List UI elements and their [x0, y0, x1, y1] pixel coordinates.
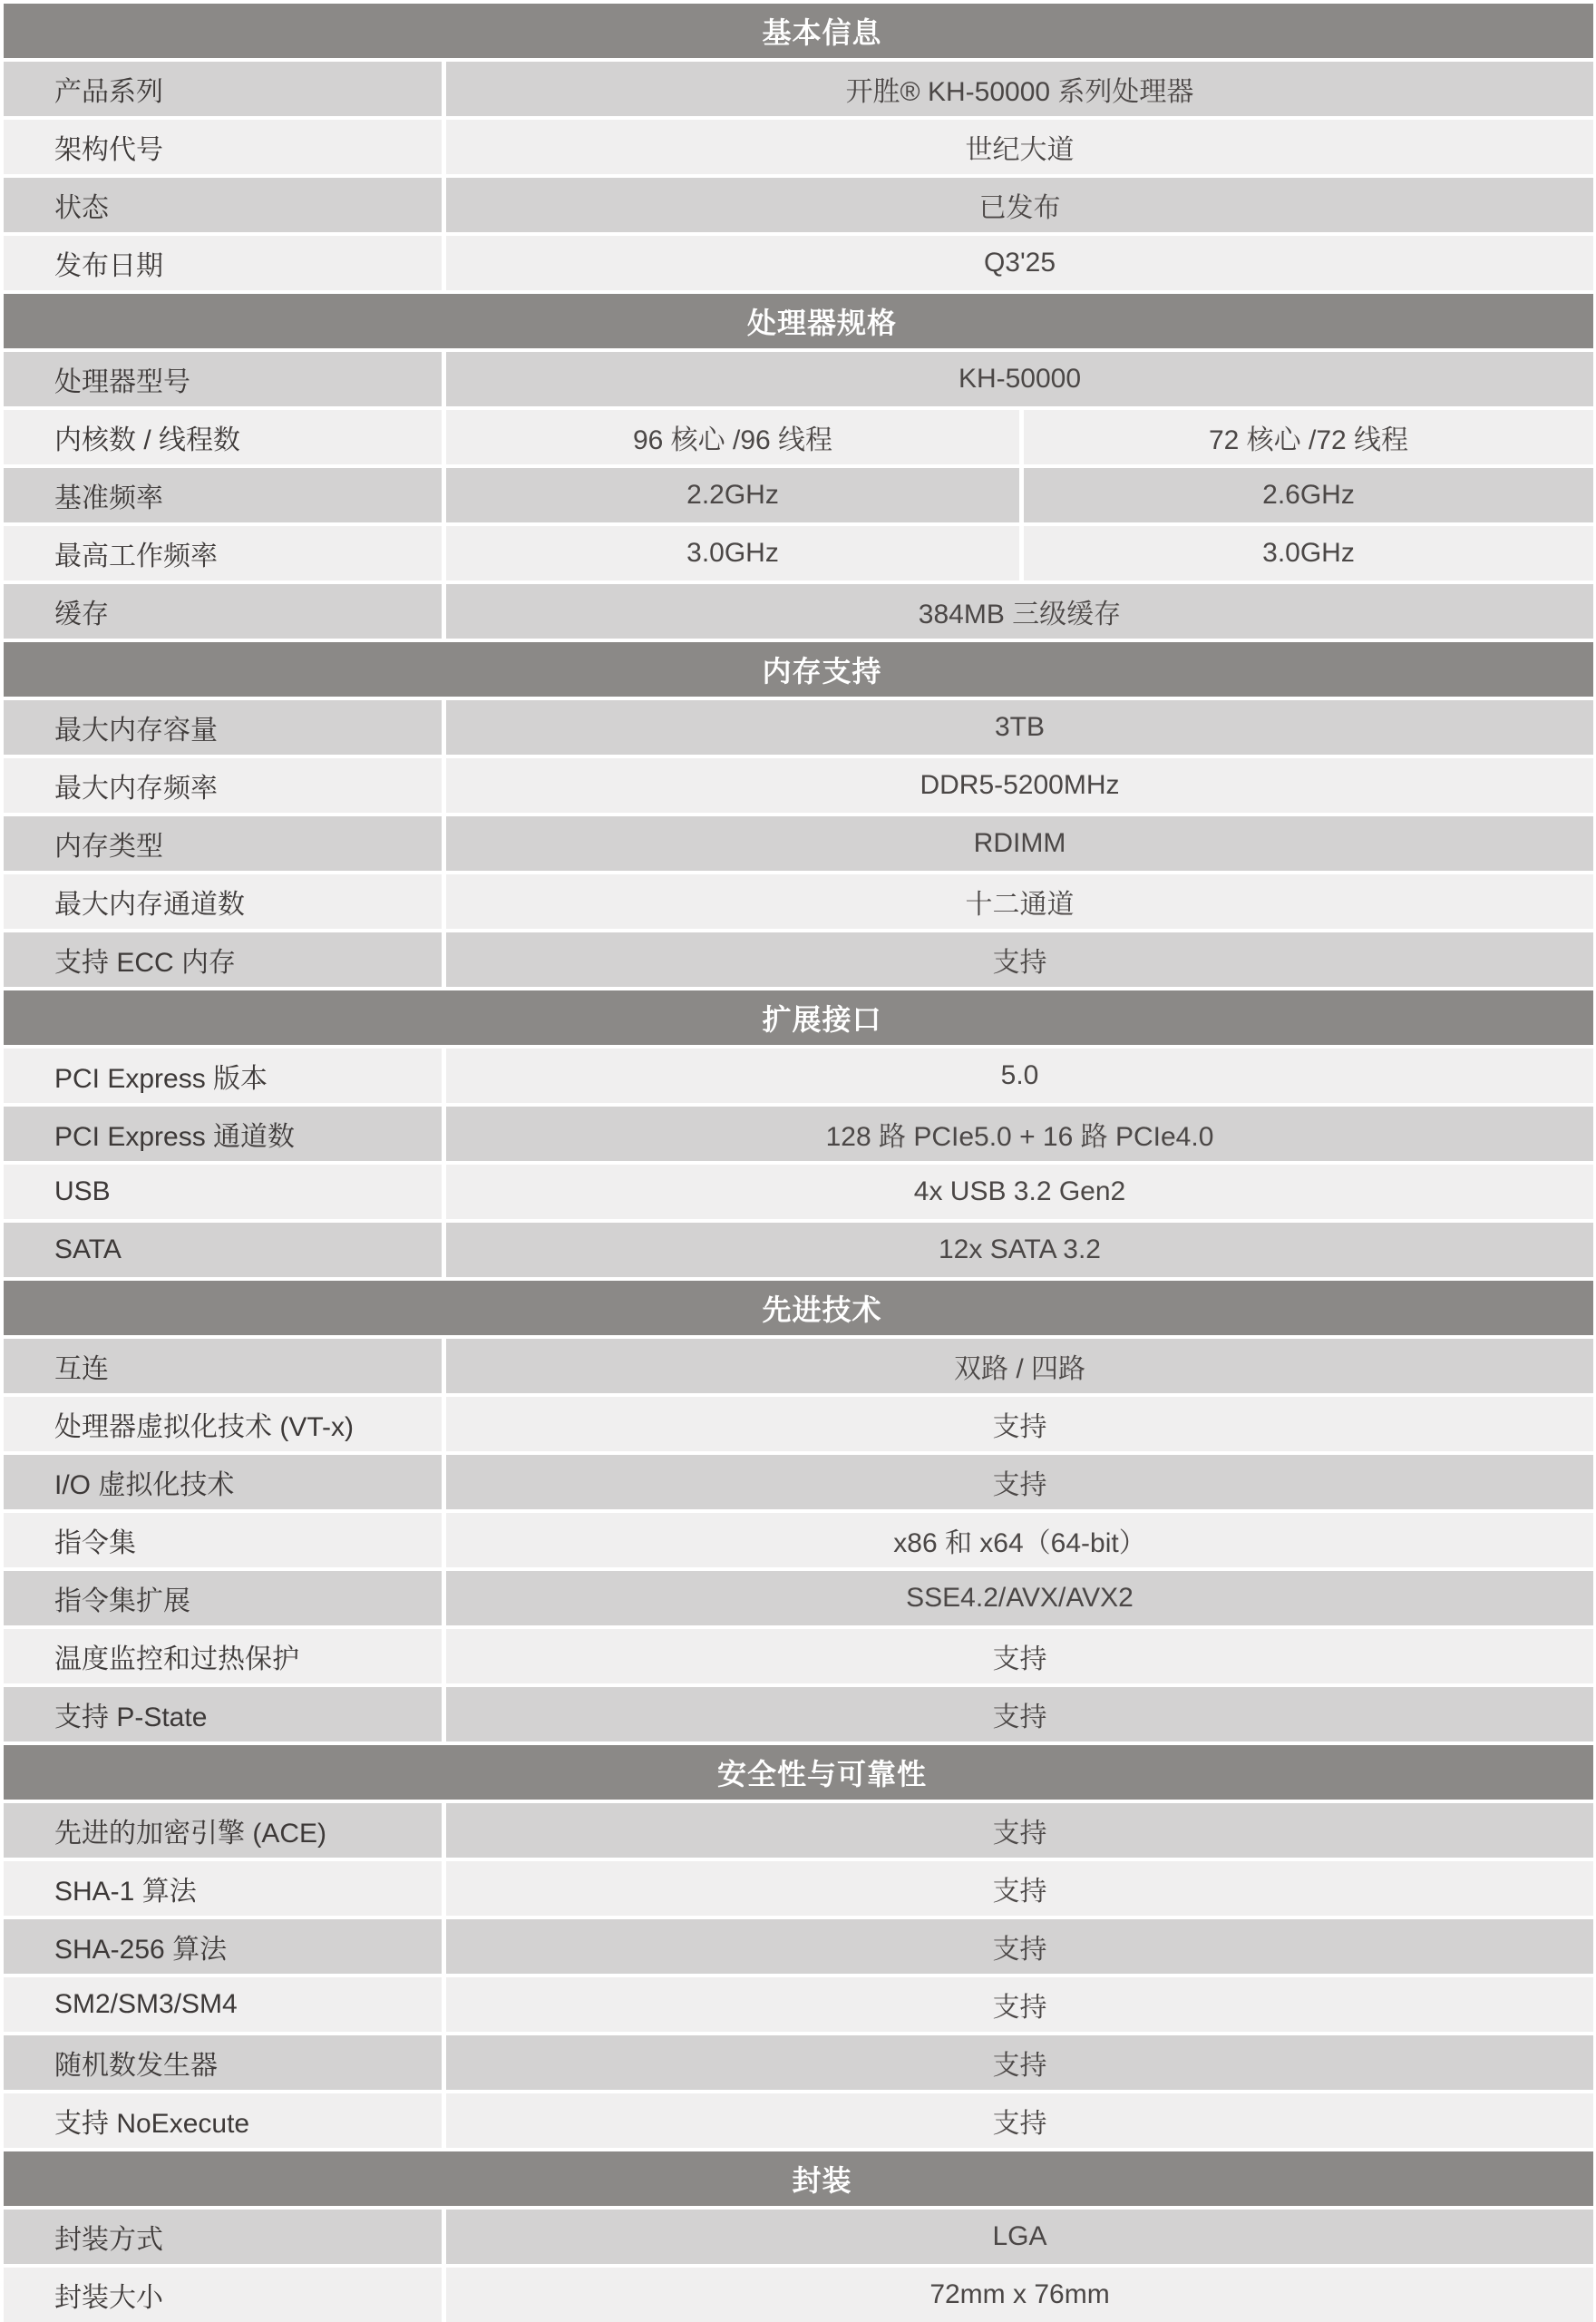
spec-row: 最大内存频率DDR5-5200MHz [4, 758, 1593, 813]
spec-label-cell: 互连 [4, 1339, 442, 1393]
spec-value-area: 支持 [446, 2035, 1593, 2090]
spec-row: 最大内存容量3TB [4, 700, 1593, 755]
spec-row: 封装方式LGA [4, 2210, 1593, 2264]
spec-value-area: SSE4.2/AVX/AVX2 [446, 1571, 1593, 1625]
section-header: 先进技术 [4, 1281, 1593, 1335]
section-header: 内存支持 [4, 642, 1593, 697]
spec-value-area: 支持 [446, 1919, 1593, 1974]
spec-value-area: 支持 [446, 1687, 1593, 1741]
processor-spec-table: 基本信息产品系列开胜® KH-50000 系列处理器架构代号世纪大道状态已发布发… [0, 0, 1596, 2322]
spec-row: 产品系列开胜® KH-50000 系列处理器 [4, 62, 1593, 116]
spec-label-cell: 支持 P-State [4, 1687, 442, 1741]
spec-label-cell: 处理器虚拟化技术 (VT-x) [4, 1397, 442, 1451]
spec-row: PCI Express 版本5.0 [4, 1049, 1593, 1103]
spec-value-area: 5.0 [446, 1049, 1593, 1103]
spec-label-cell: 先进的加密引擎 (ACE) [4, 1803, 442, 1858]
spec-value-cell: 2.2GHz [446, 468, 1019, 522]
section-header: 封装 [4, 2151, 1593, 2206]
spec-label-cell: 封装方式 [4, 2210, 442, 2264]
spec-row: 先进的加密引擎 (ACE)支持 [4, 1803, 1593, 1858]
spec-row: 支持 ECC 内存支持 [4, 932, 1593, 987]
spec-value-cell: 4x USB 3.2 Gen2 [446, 1165, 1593, 1219]
section-header: 安全性与可靠性 [4, 1745, 1593, 1800]
section-header: 基本信息 [4, 4, 1593, 58]
spec-value-cell: 72mm x 76mm [446, 2268, 1593, 2322]
spec-row: 温度监控和过热保护支持 [4, 1629, 1593, 1683]
spec-value-cell: SSE4.2/AVX/AVX2 [446, 1571, 1593, 1625]
spec-value-area: 世纪大道 [446, 120, 1593, 174]
spec-row: 封装大小72mm x 76mm [4, 2268, 1593, 2322]
spec-value-cell: 384MB 三级缓存 [446, 584, 1593, 639]
spec-label-cell: PCI Express 版本 [4, 1049, 442, 1103]
spec-row: 处理器型号KH-50000 [4, 352, 1593, 406]
section-header: 处理器规格 [4, 294, 1593, 348]
spec-row: 互连双路 / 四路 [4, 1339, 1593, 1393]
spec-label-cell: 产品系列 [4, 62, 442, 116]
spec-value-cell: 支持 [446, 1977, 1593, 2032]
spec-value-area: 支持 [446, 1629, 1593, 1683]
spec-row: 内存类型RDIMM [4, 816, 1593, 871]
spec-row: 指令集扩展SSE4.2/AVX/AVX2 [4, 1571, 1593, 1625]
spec-value-area: 384MB 三级缓存 [446, 584, 1593, 639]
spec-row: 缓存384MB 三级缓存 [4, 584, 1593, 639]
spec-label-cell: 内存类型 [4, 816, 442, 871]
spec-value-cell: KH-50000 [446, 352, 1593, 406]
spec-label-cell: PCI Express 通道数 [4, 1107, 442, 1161]
spec-value-area: 支持 [446, 932, 1593, 987]
spec-value-cell: 支持 [446, 1861, 1593, 1916]
spec-value-cell: Q3'25 [446, 236, 1593, 290]
spec-label-cell: 发布日期 [4, 236, 442, 290]
spec-label-cell: 最大内存容量 [4, 700, 442, 755]
spec-row: 架构代号世纪大道 [4, 120, 1593, 174]
spec-label-cell: 基准频率 [4, 468, 442, 522]
spec-value-cell: 12x SATA 3.2 [446, 1223, 1593, 1277]
spec-value-area: 支持 [446, 1803, 1593, 1858]
spec-value-cell: 十二通道 [446, 874, 1593, 929]
spec-row: 最大内存通道数十二通道 [4, 874, 1593, 929]
spec-label-cell: SHA-256 算法 [4, 1919, 442, 1974]
spec-row: 指令集x86 和 x64（64-bit） [4, 1513, 1593, 1567]
spec-value-area: 3TB [446, 700, 1593, 755]
spec-value-area: 支持 [446, 1455, 1593, 1509]
spec-label-cell: 支持 NoExecute [4, 2093, 442, 2148]
spec-label-cell: I/O 虚拟化技术 [4, 1455, 442, 1509]
spec-value-cell: 世纪大道 [446, 120, 1593, 174]
spec-value-area: 开胜® KH-50000 系列处理器 [446, 62, 1593, 116]
spec-label-cell: 架构代号 [4, 120, 442, 174]
spec-value-cell: 3.0GHz [1024, 526, 1593, 580]
spec-label-cell: 支持 ECC 内存 [4, 932, 442, 987]
spec-value-area: 支持 [446, 1861, 1593, 1916]
spec-row: SHA-256 算法支持 [4, 1919, 1593, 1974]
spec-value-area: KH-50000 [446, 352, 1593, 406]
spec-value-area: 96 核心 /96 线程72 核心 /72 线程 [446, 410, 1593, 464]
spec-value-cell: LGA [446, 2210, 1593, 2264]
spec-value-cell: 双路 / 四路 [446, 1339, 1593, 1393]
spec-label-cell: SATA [4, 1223, 442, 1277]
spec-value-cell: 3.0GHz [446, 526, 1019, 580]
spec-label-cell: 指令集 [4, 1513, 442, 1567]
section-header: 扩展接口 [4, 990, 1593, 1045]
spec-value-cell: 已发布 [446, 178, 1593, 232]
spec-label-cell: 处理器型号 [4, 352, 442, 406]
spec-value-cell: 支持 [446, 2035, 1593, 2090]
spec-row: SM2/SM3/SM4支持 [4, 1977, 1593, 2032]
spec-label-cell: 缓存 [4, 584, 442, 639]
spec-value-cell: 支持 [446, 2093, 1593, 2148]
spec-value-area: DDR5-5200MHz [446, 758, 1593, 813]
spec-value-cell: x86 和 x64（64-bit） [446, 1513, 1593, 1567]
spec-row: 状态已发布 [4, 178, 1593, 232]
spec-label-cell: 封装大小 [4, 2268, 442, 2322]
spec-row: 最高工作频率3.0GHz3.0GHz [4, 526, 1593, 580]
spec-value-cell: 支持 [446, 1803, 1593, 1858]
spec-row: 内核数 / 线程数96 核心 /96 线程72 核心 /72 线程 [4, 410, 1593, 464]
spec-value-area: 已发布 [446, 178, 1593, 232]
spec-row: 基准频率2.2GHz2.6GHz [4, 468, 1593, 522]
spec-label-cell: 随机数发生器 [4, 2035, 442, 2090]
spec-row: 支持 NoExecute支持 [4, 2093, 1593, 2148]
spec-label-cell: 内核数 / 线程数 [4, 410, 442, 464]
spec-value-area: 12x SATA 3.2 [446, 1223, 1593, 1277]
spec-value-area: 3.0GHz3.0GHz [446, 526, 1593, 580]
spec-row: I/O 虚拟化技术支持 [4, 1455, 1593, 1509]
spec-value-area: 双路 / 四路 [446, 1339, 1593, 1393]
spec-value-cell: 支持 [446, 1687, 1593, 1741]
spec-value-cell: DDR5-5200MHz [446, 758, 1593, 813]
spec-label-cell: 最大内存通道数 [4, 874, 442, 929]
spec-value-area: 4x USB 3.2 Gen2 [446, 1165, 1593, 1219]
spec-value-cell: 2.6GHz [1024, 468, 1593, 522]
spec-row: 处理器虚拟化技术 (VT-x)支持 [4, 1397, 1593, 1451]
spec-value-cell: 3TB [446, 700, 1593, 755]
spec-label-cell: 温度监控和过热保护 [4, 1629, 442, 1683]
spec-value-area: Q3'25 [446, 236, 1593, 290]
spec-value-area: 2.2GHz2.6GHz [446, 468, 1593, 522]
spec-row: 随机数发生器支持 [4, 2035, 1593, 2090]
spec-value-cell: 支持 [446, 1919, 1593, 1974]
spec-row: USB4x USB 3.2 Gen2 [4, 1165, 1593, 1219]
spec-value-cell: 5.0 [446, 1049, 1593, 1103]
spec-label-cell: 指令集扩展 [4, 1571, 442, 1625]
spec-label-cell: 状态 [4, 178, 442, 232]
spec-row: 支持 P-State支持 [4, 1687, 1593, 1741]
spec-value-cell: 支持 [446, 1629, 1593, 1683]
spec-row: PCI Express 通道数128 路 PCIe5.0 + 16 路 PCIe… [4, 1107, 1593, 1161]
spec-row: SATA12x SATA 3.2 [4, 1223, 1593, 1277]
spec-value-cell: 支持 [446, 1397, 1593, 1451]
spec-row: 发布日期Q3'25 [4, 236, 1593, 290]
spec-value-cell: 96 核心 /96 线程 [446, 410, 1019, 464]
spec-value-area: x86 和 x64（64-bit） [446, 1513, 1593, 1567]
spec-value-area: 支持 [446, 1397, 1593, 1451]
spec-label-cell: SHA-1 算法 [4, 1861, 442, 1916]
spec-value-cell: 开胜® KH-50000 系列处理器 [446, 62, 1593, 116]
spec-value-cell: 支持 [446, 932, 1593, 987]
spec-value-cell: 128 路 PCIe5.0 + 16 路 PCIe4.0 [446, 1107, 1593, 1161]
spec-value-area: 128 路 PCIe5.0 + 16 路 PCIe4.0 [446, 1107, 1593, 1161]
spec-value-area: RDIMM [446, 816, 1593, 871]
spec-value-cell: 72 核心 /72 线程 [1024, 410, 1593, 464]
spec-value-area: LGA [446, 2210, 1593, 2264]
spec-row: SHA-1 算法支持 [4, 1861, 1593, 1916]
spec-label-cell: 最高工作频率 [4, 526, 442, 580]
spec-value-cell: 支持 [446, 1455, 1593, 1509]
spec-value-area: 支持 [446, 1977, 1593, 2032]
spec-value-area: 72mm x 76mm [446, 2268, 1593, 2322]
spec-label-cell: 最大内存频率 [4, 758, 442, 813]
spec-value-cell: RDIMM [446, 816, 1593, 871]
spec-label-cell: USB [4, 1165, 442, 1219]
spec-label-cell: SM2/SM3/SM4 [4, 1977, 442, 2032]
spec-value-area: 十二通道 [446, 874, 1593, 929]
spec-value-area: 支持 [446, 2093, 1593, 2148]
